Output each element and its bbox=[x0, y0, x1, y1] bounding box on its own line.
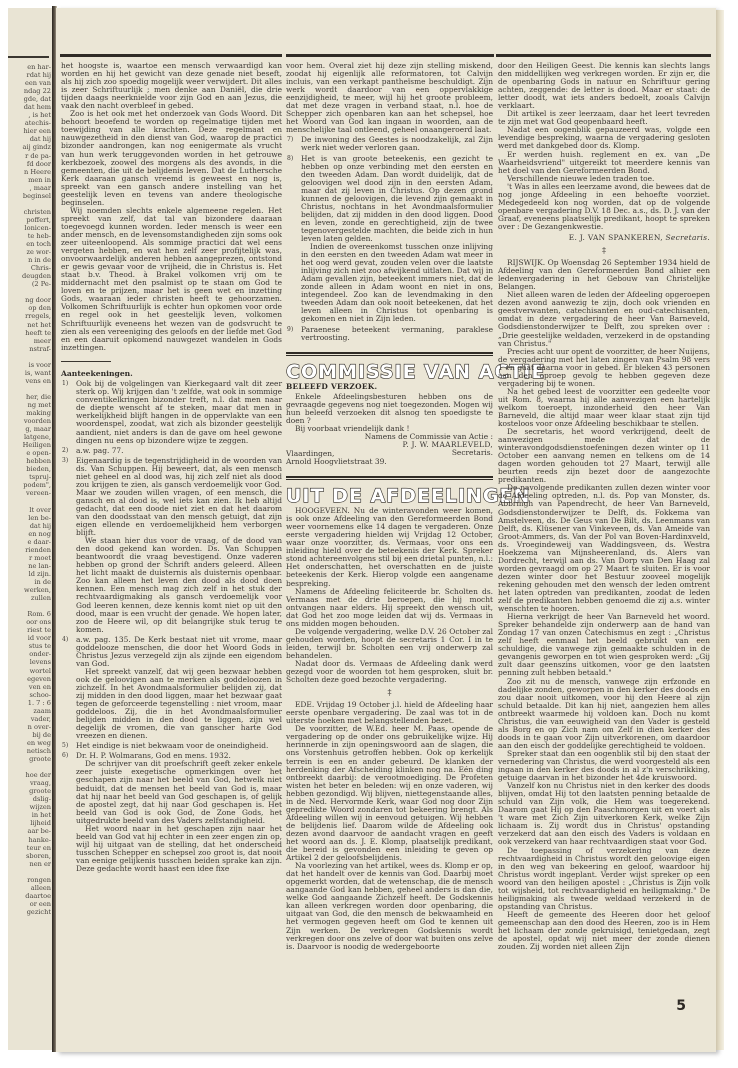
previous-page-line: ng met bbox=[8, 401, 51, 409]
report-paragraph: Nadat door ds. Vermaas de Afdeeling dank… bbox=[286, 660, 493, 684]
footnote-paragraph: De inwoning des Geestes is noodzakelijk,… bbox=[301, 136, 493, 152]
previous-page-line: atechis- bbox=[8, 119, 51, 127]
previous-page-line: aij gindz bbox=[8, 143, 51, 151]
footnote-marker: 7) bbox=[287, 136, 293, 144]
previous-page-line: n in de bbox=[8, 256, 51, 264]
report-paragraph: Spreker staat dan een oogenblik stil bij… bbox=[498, 750, 710, 782]
previous-page-line: bieden, bbox=[8, 465, 51, 473]
previous-page-line: hoe der bbox=[8, 771, 51, 779]
previous-page-line: dat hem bbox=[8, 103, 51, 111]
footnote-marker: 9) bbox=[287, 326, 293, 334]
footnote-paragraph: Eigenaardig is de tegenstrijdigheid in d… bbox=[76, 457, 282, 537]
footnote-paragraph: Het eindige is niet bekwaam voor de onei… bbox=[76, 742, 282, 750]
page-number: 5 bbox=[676, 998, 686, 1014]
previous-page-line: schoo- bbox=[8, 691, 51, 699]
previous-page-line: r de pa- bbox=[8, 152, 51, 160]
previous-page-line: vraag, bbox=[8, 779, 51, 787]
previous-page-line: e daar- bbox=[8, 538, 51, 546]
previous-page-line bbox=[8, 200, 51, 208]
previous-page-line: nen er bbox=[8, 860, 51, 868]
previous-page-line: oor ons bbox=[8, 618, 51, 626]
footnote-paragraph: a.w. pag. 77. bbox=[76, 447, 282, 455]
report-paragraph: EDE. Vrijdag 19 October j.l. hield de Af… bbox=[286, 701, 493, 725]
previous-page-line: net het bbox=[8, 321, 51, 329]
column2-top-rule bbox=[286, 54, 494, 57]
previous-page-line: dat hij bbox=[8, 522, 51, 530]
footnote-marker: 8) bbox=[287, 155, 293, 163]
previous-page-line: riest te bbox=[8, 626, 51, 634]
footnote-marker: 4) bbox=[62, 636, 68, 644]
previous-page-line: in de bbox=[8, 578, 51, 586]
footnote-paragraph: Indien de overeenkomst tusschen onze inl… bbox=[301, 243, 493, 323]
previous-page-line: rdat hij bbox=[8, 71, 51, 79]
report-paragraph: Dit artikel is zeer leerzaam, daar het l… bbox=[498, 110, 710, 126]
previous-page-line: en nog bbox=[8, 530, 51, 538]
previous-page-line: r moet bbox=[8, 554, 51, 562]
previous-page-line: ndag 22 bbox=[8, 87, 51, 95]
commissie-subheading: BELEEFD VERZOEK. bbox=[286, 383, 493, 391]
report-hoogeveen: HOOGEVEEN. Nu de winteravonden weer kome… bbox=[286, 507, 493, 684]
previous-page-line: hier een bbox=[8, 127, 51, 135]
footnote: 3)Eigenaardig is de tegenstrijdigheid in… bbox=[61, 457, 282, 634]
page-edge bbox=[716, 10, 724, 1050]
previous-page-line: gde, dat bbox=[8, 95, 51, 103]
previous-page-edge: en har-rdat hijeen vanndag 22gde, datdat… bbox=[8, 8, 53, 1050]
previous-page-line: groote bbox=[8, 755, 51, 763]
previous-page-line: her, die bbox=[8, 393, 51, 401]
footnote-marker: 5) bbox=[62, 742, 68, 750]
column1-top-rule bbox=[60, 54, 282, 57]
footnote-paragraph: Ook bij de volgelingen van Kierkegaard v… bbox=[76, 380, 282, 444]
footnote-paragraph: Het spreekt vanzelf, dat wij geen bezwaa… bbox=[76, 668, 282, 740]
report-paragraph: Heeft de gemeente des Heeren door het ge… bbox=[498, 911, 710, 951]
previous-page-line bbox=[8, 868, 51, 876]
newspaper-page: het hoogste is, waartoe een mensch verwa… bbox=[56, 8, 716, 1052]
footnote: 1)Ook bij de volgelingen van Kierkegaard… bbox=[61, 380, 282, 444]
place-name: EDE. bbox=[295, 700, 314, 709]
previous-page-line: onder- bbox=[8, 650, 51, 658]
previous-page-line: beginsel bbox=[8, 192, 51, 200]
previous-page-line: wortel bbox=[8, 667, 51, 675]
report-paragraph: Hierna verkrijgt de heer Van Barneveld h… bbox=[498, 613, 710, 677]
previous-page-line: deugden bbox=[8, 272, 51, 280]
previous-page-line: levens bbox=[8, 658, 51, 666]
previous-page-line: ne lan- bbox=[8, 562, 51, 570]
previous-page-line: zullen bbox=[8, 594, 51, 602]
footnotes-list: 1)Ook bij de volgelingen van Kierkegaard… bbox=[61, 380, 282, 873]
separator-mark: ‡ bbox=[286, 689, 493, 697]
previous-page-line: werken, bbox=[8, 586, 51, 594]
previous-page-line: fd door bbox=[8, 160, 51, 168]
afdeelingen-heading: UIT DE AFDEELINGEN bbox=[286, 486, 493, 506]
report-paragraph: De voorzitter, de W.Ed. heer M. Paas, op… bbox=[286, 725, 493, 862]
report-paragraph: Namens de Afdeeling feliciteerde br. Sch… bbox=[286, 588, 493, 628]
previous-page-line: rienden bbox=[8, 546, 51, 554]
previous-page-line: e open- bbox=[8, 449, 51, 457]
previous-page-line: (2 Pe- bbox=[8, 280, 51, 288]
footnote-paragraph: Het is van groote beteekenis, een gezich… bbox=[301, 155, 493, 244]
previous-page-line: zaam bbox=[8, 707, 51, 715]
previous-page-line: g, maar bbox=[8, 425, 51, 433]
footnote-paragraph: Het woord naar in het geschapen zijn naa… bbox=[76, 825, 282, 873]
previous-page-line: poffert, bbox=[8, 216, 51, 224]
ede-signature: E. J. VAN SPANKEREN, Secretaris. bbox=[498, 234, 710, 242]
previous-page-line bbox=[8, 385, 51, 393]
previous-page-line: is voor bbox=[8, 361, 51, 369]
previous-page-line: meer bbox=[8, 337, 51, 345]
previous-page-line: ze wor- bbox=[8, 248, 51, 256]
previous-page-line: Chris- bbox=[8, 264, 51, 272]
footnote-paragraph: a.w. pag. 135. De Kerk bestaat niet uit … bbox=[76, 636, 282, 668]
report-paragraph: De volgende vergadering, welke D.V. 26 O… bbox=[286, 628, 493, 660]
previous-page-line: wijzen bbox=[8, 803, 51, 811]
previous-page-line: rongen bbox=[8, 876, 51, 884]
footnote: 9)Paraenese beteekent vermaning, parakle… bbox=[286, 326, 493, 342]
previous-page-line: lijheid bbox=[8, 819, 51, 827]
report-paragraph: Vanzelf kon nu Christus niet in den kerk… bbox=[498, 782, 710, 846]
section-rule-thin bbox=[286, 479, 493, 480]
column-1: het hoogste is, waartoe een mensch verwa… bbox=[61, 62, 282, 873]
previous-page-line: is, want bbox=[8, 369, 51, 377]
previous-page-line: latgene, bbox=[8, 433, 51, 441]
previous-page-line: voorden bbox=[8, 417, 51, 425]
previous-page-line: , maar bbox=[8, 184, 51, 192]
previous-page-line: op den bbox=[8, 304, 51, 312]
previous-page-line: rregels, bbox=[8, 312, 51, 320]
previous-page-line: id voor bbox=[8, 634, 51, 642]
previous-page-line: 1. 7 : 6 bbox=[8, 699, 51, 707]
previous-page-line: or een bbox=[8, 900, 51, 908]
previous-page-line: hanke- bbox=[8, 836, 51, 844]
previous-page-line bbox=[8, 602, 51, 610]
previous-page-line: en weg bbox=[8, 739, 51, 747]
report-paragraph: Precies acht uur opent de voorzitter, de… bbox=[498, 348, 710, 388]
report-paragraph: De secretaris, het woord verkrijgend, de… bbox=[498, 428, 710, 484]
report-ede: EDE. Vrijdag 19 October j.l. hield de Af… bbox=[286, 701, 493, 950]
notes-divider bbox=[61, 361, 111, 363]
previous-page-line: vereen- bbox=[8, 489, 51, 497]
footnote-marker: 6) bbox=[62, 752, 68, 760]
commissie-address: Arnold Hoogvlietstraat 39. bbox=[286, 458, 493, 466]
article-paragraph: Zoo is het ook met het onderzoek van God… bbox=[61, 110, 282, 207]
report-paragraph: De toepassing of verzekering van deze re… bbox=[498, 847, 710, 911]
previous-page-line: een van bbox=[8, 79, 51, 87]
previous-page-line: nstraf- bbox=[8, 345, 51, 353]
footnote-paragraph: We staan hier dus voor de vraag, of de d… bbox=[76, 537, 282, 634]
column3-top-rule bbox=[496, 54, 711, 57]
previous-page-line: en toch bbox=[8, 240, 51, 248]
notes-heading: Aanteekeningen. bbox=[61, 370, 282, 378]
previous-page-line: gezicht bbox=[8, 908, 51, 916]
footnote: 8)Het is van groote beteekenis, een gezi… bbox=[286, 155, 493, 324]
previous-page-line: dslig- bbox=[8, 795, 51, 803]
place-name: RIJSWIJK. bbox=[507, 258, 545, 267]
previous-page-line bbox=[8, 498, 51, 506]
previous-page-line: lt over bbox=[8, 506, 51, 514]
previous-page-text-fragments: en har-rdat hijeen vanndag 22gde, datdat… bbox=[8, 63, 51, 916]
footnote: 7)De inwoning des Geestes is noodzakelij… bbox=[286, 136, 493, 152]
ede-signatory: E. J. VAN SPANKEREN, bbox=[569, 233, 663, 242]
separator-mark: ‡ bbox=[498, 247, 710, 255]
report-paragraph: HOOGEVEEN. Nu de winteravonden weer kome… bbox=[286, 507, 493, 587]
footnote: 2)a.w. pag. 77. bbox=[61, 447, 282, 455]
footnote-marker: 2) bbox=[62, 447, 68, 455]
previous-page-line: lonicen- bbox=[8, 224, 51, 232]
article-paragraph: het hoogste is, waartoe een mensch verwa… bbox=[61, 62, 282, 110]
report-paragraph: Na voorlezing van het artikel, wees ds. … bbox=[286, 862, 493, 951]
footnotes-list: 7)De inwoning des Geestes is noodzakelij… bbox=[286, 136, 493, 341]
previous-page-line: heeft te bbox=[8, 329, 51, 337]
previous-page-line: stus te bbox=[8, 642, 51, 650]
previous-page-line: groote bbox=[8, 787, 51, 795]
previous-page-line: Rom. 6 bbox=[8, 610, 51, 618]
previous-page-line: en har- bbox=[8, 63, 51, 71]
section-rule bbox=[286, 352, 493, 355]
report-paragraph: 't Was in alles een leerzame avond, die … bbox=[498, 183, 710, 231]
previous-page-line: teur en bbox=[8, 844, 51, 852]
previous-page-line: n over- bbox=[8, 723, 51, 731]
section-rule bbox=[286, 476, 493, 479]
previous-page-line bbox=[8, 288, 51, 296]
previous-page-line: bij de bbox=[8, 731, 51, 739]
previous-page-line: podem", bbox=[8, 481, 51, 489]
previous-page-line: alleen bbox=[8, 884, 51, 892]
previous-page-line: aar be- bbox=[8, 827, 51, 835]
previous-page-line: Heiligen bbox=[8, 441, 51, 449]
previous-page-line: len be- bbox=[8, 514, 51, 522]
commissie-body: Enkele Afdeelingsbesturen hebben ons de … bbox=[286, 393, 493, 425]
article-paragraph: Wij noemden slechts enkele algemeene reg… bbox=[61, 207, 282, 352]
previous-page-rule bbox=[8, 56, 49, 58]
report-rijswijk: RIJSWIJK. Op Woensdag 26 September 1934 … bbox=[498, 259, 710, 951]
footnote: 6)Dr. H. P. Wolmarans, God en mens. 1932… bbox=[61, 752, 282, 873]
previous-page-line: daartoe bbox=[8, 892, 51, 900]
previous-page-line: egeven bbox=[8, 675, 51, 683]
previous-page-line: , is het bbox=[8, 111, 51, 119]
previous-page-line: hebben bbox=[8, 457, 51, 465]
article-paragraph: voor hem. Overal ziet hij deze zijn stel… bbox=[286, 62, 493, 134]
previous-page-line: men in bbox=[8, 176, 51, 184]
footnote-paragraph: Paraenese beteekent vermaning, paraklese… bbox=[301, 326, 493, 342]
report-paragraph: Zoo zit nu de mensch, vanwege zijn erfzo… bbox=[498, 678, 710, 750]
place-name: HOOGEVEEN. bbox=[295, 506, 350, 515]
footnote: 4)a.w. pag. 135. De Kerk bestaat niet ui… bbox=[61, 636, 282, 741]
previous-page-line bbox=[8, 353, 51, 361]
section-rule-thin bbox=[286, 355, 493, 356]
report-paragraph: RIJSWIJK. Op Woensdag 26 September 1934 … bbox=[498, 259, 710, 291]
report-paragraph: Niet alleen waren de leden der Afdeeling… bbox=[498, 291, 710, 347]
footnote-marker: 3) bbox=[62, 457, 68, 465]
previous-page-line: christen bbox=[8, 208, 51, 216]
previous-page-line: tspruj- bbox=[8, 473, 51, 481]
report-paragraph: Er werden huish. reglement en ex. van „D… bbox=[498, 151, 710, 175]
footnote-paragraph: De schrijver van dit proefschrift geeft … bbox=[76, 760, 282, 824]
previous-page-line: ld zijn. bbox=[8, 570, 51, 578]
previous-page-line: ven en bbox=[8, 683, 51, 691]
previous-page-line: vader, bbox=[8, 715, 51, 723]
commissie-heading: COMMISSIE VAN ACTIE bbox=[286, 362, 493, 382]
column-2: voor hem. Overal ziet hij deze zijn stel… bbox=[286, 62, 493, 951]
report-ede-continued: door den Heiligen Geest. Die kennis kan … bbox=[498, 62, 710, 231]
previous-page-line: in het bbox=[8, 811, 51, 819]
previous-page-line: te heb- bbox=[8, 232, 51, 240]
previous-page-line: sboren, bbox=[8, 852, 51, 860]
previous-page-line: n Heere bbox=[8, 168, 51, 176]
column-3: door den Heiligen Geest. Die kennis kan … bbox=[498, 62, 710, 951]
ede-signatory-role: Secretaris. bbox=[666, 233, 710, 242]
report-paragraph: door den Heiligen Geest. Die kennis kan … bbox=[498, 62, 710, 110]
previous-page-line: making bbox=[8, 409, 51, 417]
report-paragraph: Na het gebed leest de voorzitter een ged… bbox=[498, 388, 710, 428]
report-paragraph: De navolgende predikanten zullen dezen w… bbox=[498, 484, 710, 613]
footnote-marker: 1) bbox=[62, 380, 68, 388]
footnote: 5)Het eindige is niet bekwaam voor de on… bbox=[61, 742, 282, 750]
previous-page-line: vens en bbox=[8, 377, 51, 385]
previous-page-line: dat hij bbox=[8, 135, 51, 143]
previous-page-line: netisch bbox=[8, 747, 51, 755]
previous-page-line bbox=[8, 763, 51, 771]
previous-page-line: ng door bbox=[8, 296, 51, 304]
report-paragraph: Nadat een oogenblik gepauzeerd was, volg… bbox=[498, 126, 710, 150]
